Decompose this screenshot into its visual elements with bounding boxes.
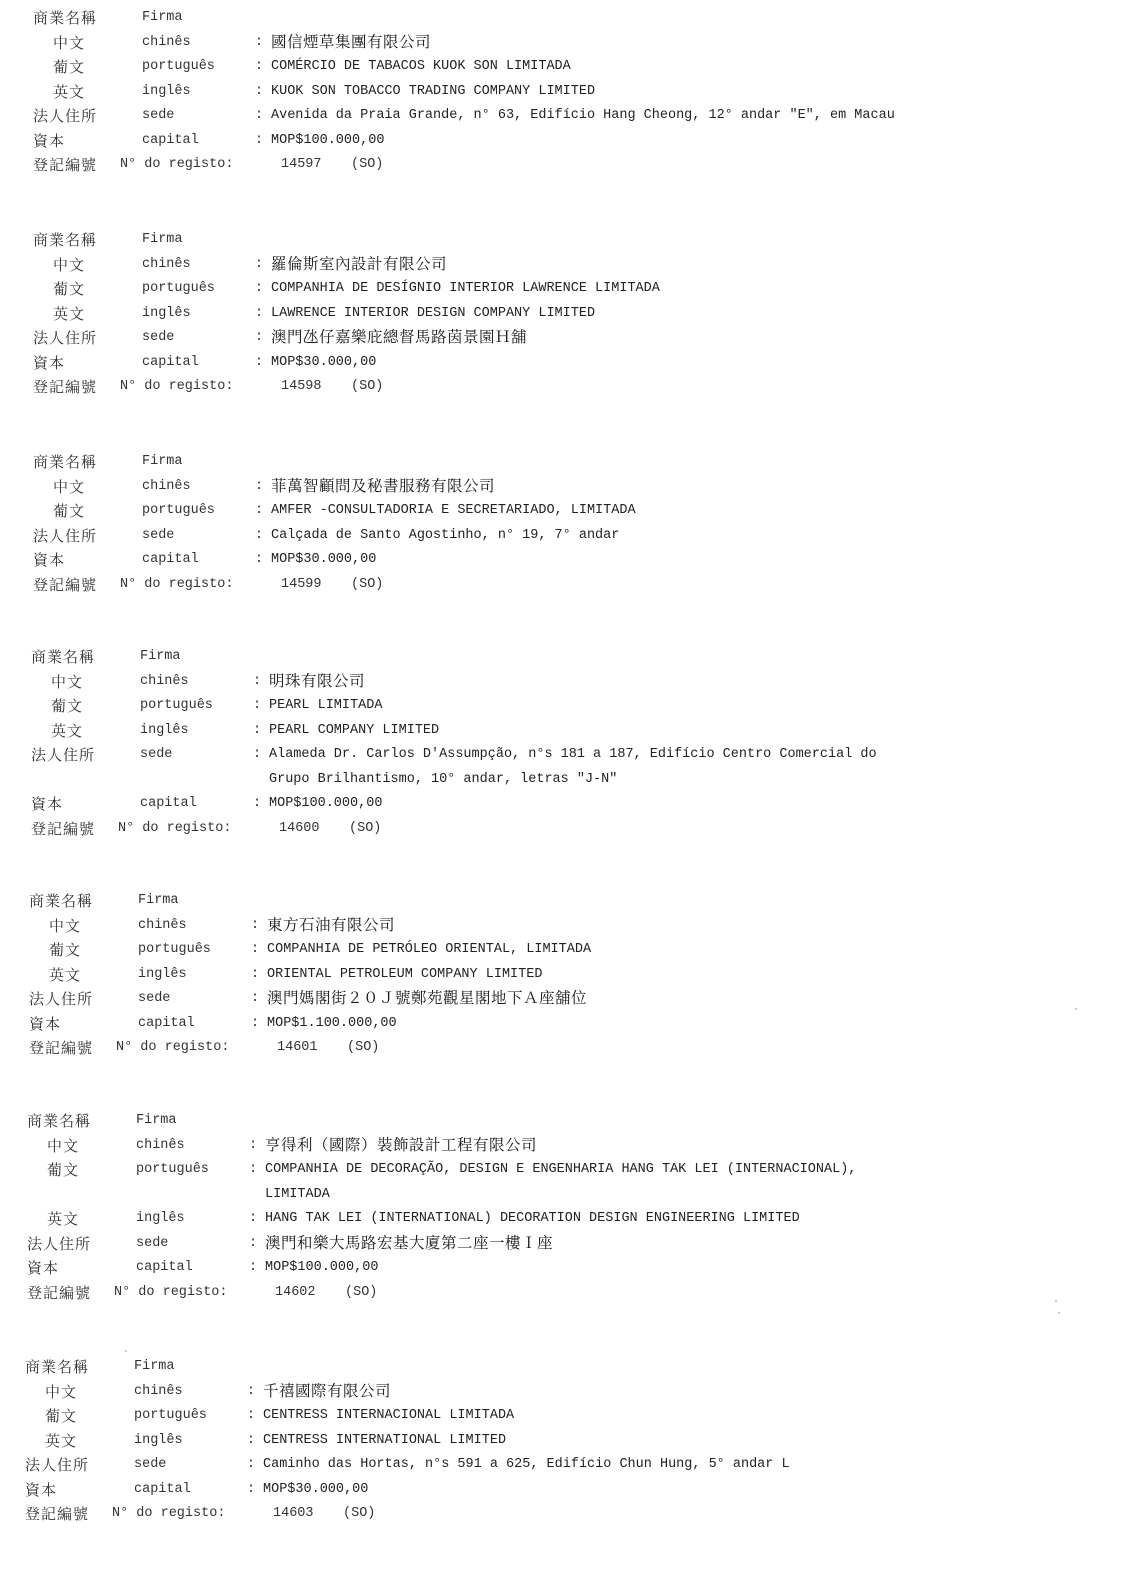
capital-value: MOP$100.000,00 — [269, 792, 382, 816]
firma-label-pt: Firma — [142, 6, 183, 30]
capital-value: MOP$30.000,00 — [263, 1478, 368, 1502]
registration-code: (SO) — [343, 1502, 375, 1526]
colon: : — [251, 987, 259, 1011]
registration-label-pt: N° do registo: — [114, 1281, 227, 1305]
colon: : — [255, 499, 263, 523]
registration-label-zh: 登記編號 — [33, 573, 97, 597]
chinese-label-zh: 中文 — [53, 31, 85, 55]
scan-speck — [1075, 1008, 1077, 1010]
address-value: Alameda Dr. Carlos D'Assumpção, n°s 181 … — [269, 743, 877, 767]
registration-label-zh: 登記編號 — [33, 153, 97, 177]
portuguese-label-zh: 葡文 — [53, 277, 85, 301]
english-label-pt: inglês — [142, 302, 191, 326]
address-label-zh: 法人住所 — [29, 987, 93, 1011]
capital-label-zh: 資本 — [29, 1012, 61, 1036]
chinese-label-zh: 中文 — [53, 475, 85, 499]
address-label-pt: sede — [142, 524, 174, 548]
firma-label-pt: Firma — [142, 450, 183, 474]
registration-number: 14598 — [281, 375, 322, 399]
colon: : — [251, 963, 259, 987]
portuguese-label-zh: 葡文 — [47, 1158, 79, 1182]
registration-number: 14602 — [275, 1281, 316, 1305]
capital-label-zh: 資本 — [33, 548, 65, 572]
portuguese-label-pt: português — [140, 694, 213, 718]
chinese-name-value: 亨得利（國際）裝飾設計工程有限公司 — [265, 1133, 537, 1157]
portuguese-label-pt: português — [138, 938, 211, 962]
portuguese-name-value: COMPANHIA DE PETRÓLEO ORIENTAL, LIMITADA — [267, 938, 591, 962]
capital-label-pt: capital — [136, 1256, 193, 1280]
capital-value: MOP$1.100.000,00 — [267, 1012, 397, 1036]
capital-label-pt: capital — [134, 1478, 191, 1502]
address-label-zh: 法人住所 — [33, 104, 97, 128]
scan-speck — [1058, 1312, 1060, 1314]
capital-label-zh: 資本 — [33, 129, 65, 153]
portuguese-label-zh: 葡文 — [49, 938, 81, 962]
colon: : — [255, 129, 263, 153]
capital-value: MOP$100.000,00 — [271, 129, 384, 153]
chinese-label-pt: chinês — [138, 914, 187, 938]
capital-label-pt: capital — [142, 129, 199, 153]
capital-label-zh: 資本 — [25, 1478, 57, 1502]
portuguese-name-value: PEARL LIMITADA — [269, 694, 382, 718]
portuguese-label-pt: português — [134, 1404, 207, 1428]
registration-label-pt: N° do registo: — [120, 375, 233, 399]
chinese-label-pt: chinês — [142, 475, 191, 499]
registration-label-pt: N° do registo: — [118, 817, 231, 841]
address-value: 澳門和樂大馬路宏基大廈第二座一樓Ｉ座 — [265, 1231, 553, 1255]
colon: : — [247, 1404, 255, 1428]
chinese-label-zh: 中文 — [51, 670, 83, 694]
address-value: 澳門氹仔嘉樂庇總督馬路茵景園Ｈ舖 — [271, 325, 527, 349]
firma-label-zh: 商業名稱 — [29, 889, 93, 913]
colon: : — [249, 1134, 257, 1158]
colon: : — [255, 277, 263, 301]
registration-code: (SO) — [351, 153, 383, 177]
english-label-zh: 英文 — [47, 1207, 79, 1231]
firma-label-pt: Firma — [140, 645, 181, 669]
colon: : — [251, 914, 259, 938]
address-label-zh: 法人住所 — [31, 743, 95, 767]
firma-label-pt: Firma — [134, 1355, 175, 1379]
portuguese-label-pt: português — [142, 55, 215, 79]
english-label-pt: inglês — [142, 80, 191, 104]
colon: : — [253, 743, 261, 767]
capital-label-pt: capital — [140, 792, 197, 816]
colon: : — [249, 1256, 257, 1280]
address-label-pt: sede — [142, 104, 174, 128]
portuguese-label-zh: 葡文 — [45, 1404, 77, 1428]
colon: : — [255, 104, 263, 128]
english-label-zh: 英文 — [45, 1429, 77, 1453]
address-label-zh: 法人住所 — [27, 1232, 91, 1256]
chinese-label-zh: 中文 — [49, 914, 81, 938]
chinese-label-zh: 中文 — [45, 1380, 77, 1404]
colon: : — [249, 1207, 257, 1231]
address-label-pt: sede — [142, 326, 174, 350]
colon: : — [247, 1478, 255, 1502]
capital-value: MOP$30.000,00 — [271, 351, 376, 375]
registration-label-zh: 登記編號 — [27, 1281, 91, 1305]
address-value: Caminho das Hortas, n°s 591 a 625, Edifí… — [263, 1453, 790, 1477]
registration-code: (SO) — [351, 375, 383, 399]
chinese-label-pt: chinês — [136, 1134, 185, 1158]
colon: : — [249, 1232, 257, 1256]
english-name-value: KUOK SON TOBACCO TRADING COMPANY LIMITED — [271, 80, 595, 104]
portuguese-label-pt: português — [136, 1158, 209, 1182]
english-label-pt: inglês — [138, 963, 187, 987]
capital-label-pt: capital — [142, 548, 199, 572]
capital-label-zh: 資本 — [27, 1256, 59, 1280]
chinese-label-pt: chinês — [140, 670, 189, 694]
colon: : — [247, 1453, 255, 1477]
colon: : — [255, 548, 263, 572]
english-label-pt: inglês — [134, 1429, 183, 1453]
address-value: Avenida da Praia Grande, n° 63, Edifício… — [271, 104, 895, 128]
english-name-value: HANG TAK LEI (INTERNATIONAL) DECORATION … — [265, 1207, 800, 1231]
chinese-name-value: 東方石油有限公司 — [267, 913, 395, 937]
firma-label-pt: Firma — [142, 228, 183, 252]
scan-speck — [125, 1350, 127, 1352]
portuguese-name-value: AMFER -CONSULTADORIA E SECRETARIADO, LIM… — [271, 499, 636, 523]
firma-label-zh: 商業名稱 — [31, 645, 95, 669]
portuguese-name-value: CENTRESS INTERNACIONAL LIMITADA — [263, 1404, 514, 1428]
colon: : — [255, 80, 263, 104]
colon: : — [253, 719, 261, 743]
capital-label-zh: 資本 — [31, 792, 63, 816]
registration-label-zh: 登記編號 — [31, 817, 95, 841]
firma-label-zh: 商業名稱 — [33, 6, 97, 30]
capital-label-pt: capital — [142, 351, 199, 375]
registration-label-pt: N° do registo: — [112, 1502, 225, 1526]
colon: : — [249, 1158, 257, 1182]
english-label-pt: inglês — [136, 1207, 185, 1231]
english-label-zh: 英文 — [49, 963, 81, 987]
portuguese-label-zh: 葡文 — [53, 55, 85, 79]
capital-label-pt: capital — [138, 1012, 195, 1036]
firma-label-zh: 商業名稱 — [33, 228, 97, 252]
colon: : — [255, 253, 263, 277]
registration-number: 14600 — [279, 817, 320, 841]
firma-label-pt: Firma — [138, 889, 179, 913]
colon: : — [255, 302, 263, 326]
english-label-zh: 英文 — [53, 80, 85, 104]
registration-label-zh: 登記編號 — [33, 375, 97, 399]
registration-number: 14597 — [281, 153, 322, 177]
chinese-label-zh: 中文 — [53, 253, 85, 277]
chinese-label-pt: chinês — [142, 31, 191, 55]
english-name-value: PEARL COMPANY LIMITED — [269, 719, 439, 743]
address-label-pt: sede — [138, 987, 170, 1011]
registration-label-pt: N° do registo: — [120, 153, 233, 177]
scan-speck — [1055, 1300, 1057, 1302]
colon: : — [253, 694, 261, 718]
registration-number: 14601 — [277, 1036, 318, 1060]
chinese-label-pt: chinês — [134, 1380, 183, 1404]
registration-label-pt: N° do registo: — [116, 1036, 229, 1060]
portuguese-name-value: COMÉRCIO DE TABACOS KUOK SON LIMITADA — [271, 55, 571, 79]
registration-number: 14599 — [281, 573, 322, 597]
colon: : — [255, 31, 263, 55]
chinese-label-zh: 中文 — [47, 1134, 79, 1158]
chinese-name-value: 千禧國際有限公司 — [263, 1379, 391, 1403]
firma-label-zh: 商業名稱 — [25, 1355, 89, 1379]
address-label-pt: sede — [134, 1453, 166, 1477]
address-value: 澳門媽閣街２０Ｊ號鄭苑觀星閣地下Ａ座舖位 — [267, 986, 587, 1010]
chinese-label-pt: chinês — [142, 253, 191, 277]
chinese-name-value: 國信煙草集團有限公司 — [271, 30, 431, 54]
colon: : — [255, 524, 263, 548]
portuguese-label-pt: português — [142, 499, 215, 523]
registration-label-zh: 登記編號 — [25, 1502, 89, 1526]
english-name-value: ORIENTAL PETROLEUM COMPANY LIMITED — [267, 963, 542, 987]
portuguese-label-pt: português — [142, 277, 215, 301]
registration-number: 14603 — [273, 1502, 314, 1526]
firma-label-pt: Firma — [136, 1109, 177, 1133]
english-label-zh: 英文 — [51, 719, 83, 743]
english-label-pt: inglês — [140, 719, 189, 743]
address-label-pt: sede — [136, 1232, 168, 1256]
colon: : — [255, 326, 263, 350]
registration-code: (SO) — [347, 1036, 379, 1060]
capital-value: MOP$100.000,00 — [265, 1256, 378, 1280]
colon: : — [253, 792, 261, 816]
english-name-value: LAWRENCE INTERIOR DESIGN COMPANY LIMITED — [271, 302, 595, 326]
chinese-name-value: 明珠有限公司 — [269, 669, 365, 693]
colon: : — [255, 475, 263, 499]
address-value: Calçada de Santo Agostinho, n° 19, 7° an… — [271, 524, 619, 548]
address-label-pt: sede — [140, 743, 172, 767]
colon: : — [251, 1012, 259, 1036]
capital-label-zh: 資本 — [33, 351, 65, 375]
registration-code: (SO) — [351, 573, 383, 597]
chinese-name-value: 菲萬智顧問及秘書服務有限公司 — [271, 474, 495, 498]
colon: : — [253, 670, 261, 694]
registration-code: (SO) — [349, 817, 381, 841]
registration-label-zh: 登記編號 — [29, 1036, 93, 1060]
portuguese-label-zh: 葡文 — [53, 499, 85, 523]
address-label-zh: 法人住所 — [25, 1453, 89, 1477]
portuguese-label-zh: 葡文 — [51, 694, 83, 718]
registration-code: (SO) — [345, 1281, 377, 1305]
address-label-zh: 法人住所 — [33, 326, 97, 350]
firma-label-zh: 商業名稱 — [27, 1109, 91, 1133]
colon: : — [255, 55, 263, 79]
chinese-name-value: 羅倫斯室內設計有限公司 — [271, 252, 447, 276]
colon: : — [251, 938, 259, 962]
registration-label-pt: N° do registo: — [120, 573, 233, 597]
colon: : — [255, 351, 263, 375]
portuguese-name-value: LIMITADA — [265, 1183, 330, 1207]
capital-value: MOP$30.000,00 — [271, 548, 376, 572]
colon: : — [247, 1380, 255, 1404]
english-name-value: CENTRESS INTERNATIONAL LIMITED — [263, 1429, 506, 1453]
portuguese-name-value: COMPANHIA DE DESÍGNIO INTERIOR LAWRENCE … — [271, 277, 660, 301]
firma-label-zh: 商業名稱 — [33, 450, 97, 474]
address-label-zh: 法人住所 — [33, 524, 97, 548]
address-value: Grupo Brilhantismo, 10° andar, letras "J… — [269, 768, 617, 792]
english-label-zh: 英文 — [53, 302, 85, 326]
portuguese-name-value: COMPANHIA DE DECORAÇÃO, DESIGN E ENGENHA… — [265, 1158, 856, 1182]
colon: : — [247, 1429, 255, 1453]
